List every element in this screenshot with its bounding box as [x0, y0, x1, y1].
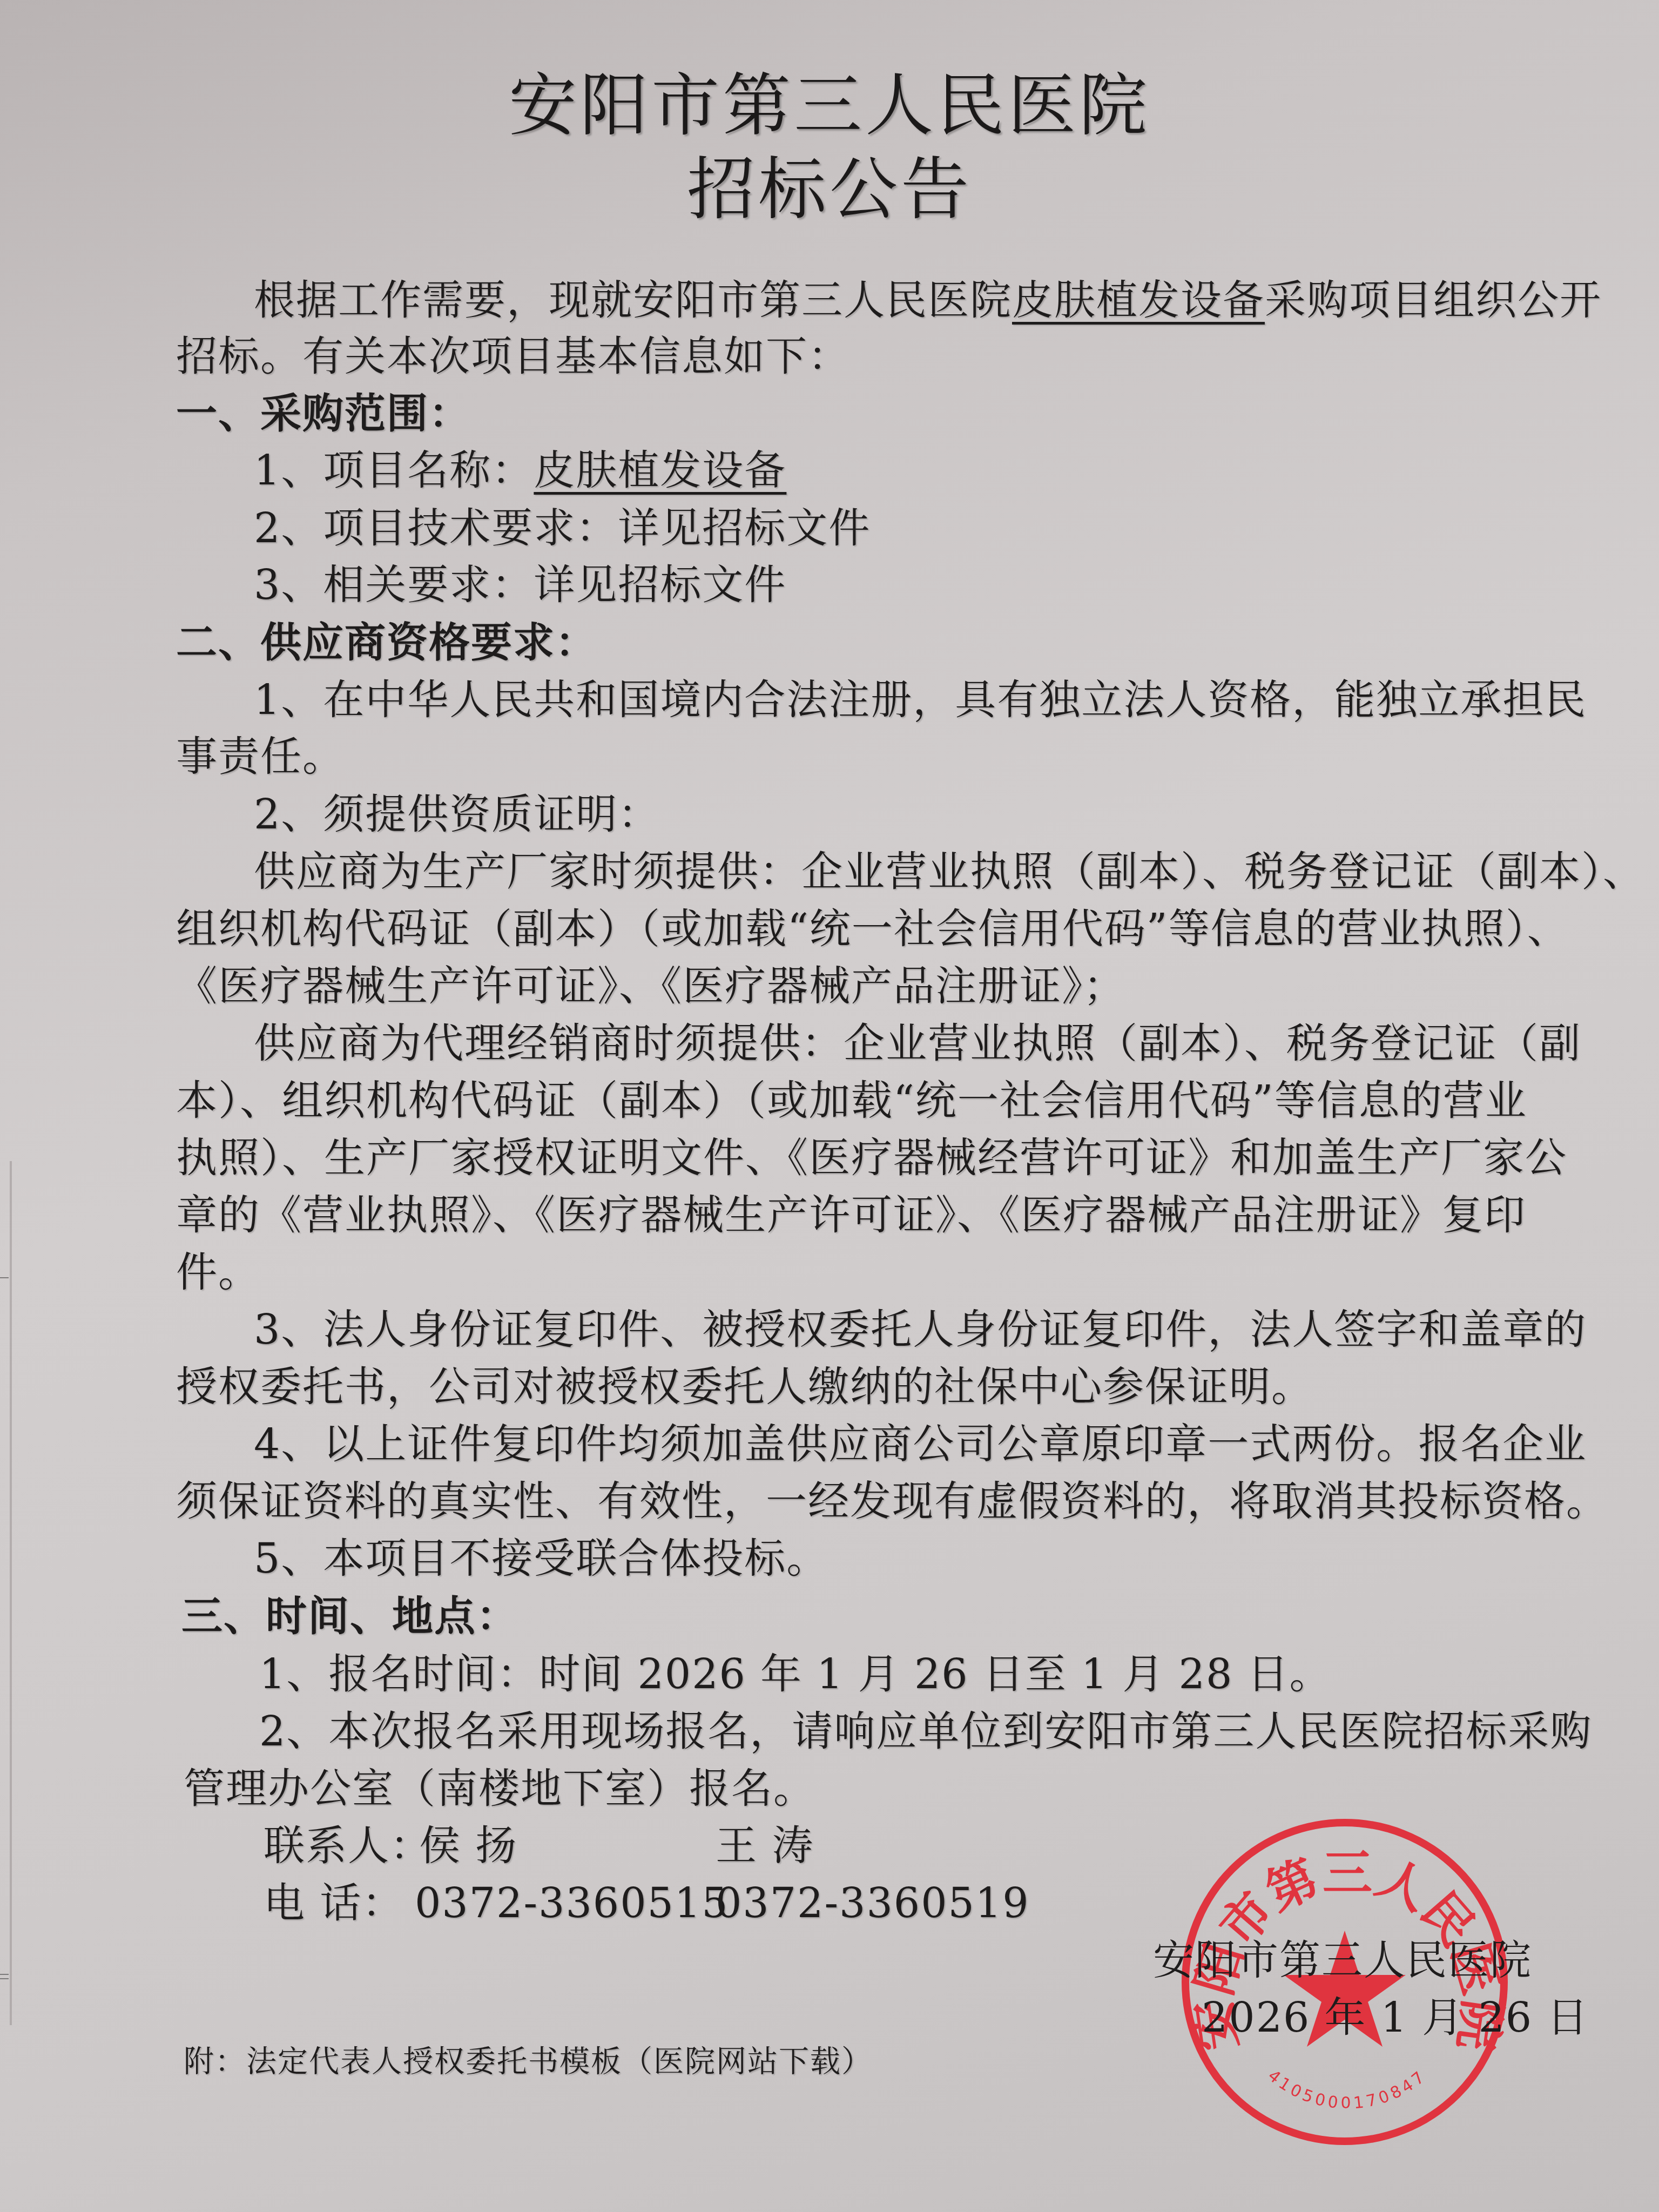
distributor-req-line3: 执照）、生产厂家授权证明文件、《医疗器械经营许可证》和加盖生产厂家公 [176, 1137, 1567, 1178]
svg-text:4105000170847: 4105000170847 [1264, 2066, 1431, 2113]
manufacturer-req-line2: 组织机构代码证（副本）（或加载“统一社会信用代码”等信息的营业执照）、 [176, 908, 1569, 949]
project-name-underlined: 皮肤植发设备 [1012, 276, 1265, 324]
document-title-line1: 安阳市第三人民医院 [0, 51, 1659, 149]
section2-req1-line1: 1、在中华人民共和国境内合法注册，具有独立法人资格，能独立承担民 [254, 679, 1587, 720]
section2-heading: 二、供应商资格要求： [176, 622, 597, 663]
signature-organization: 安阳市第三人民医院 [1153, 1940, 1532, 1981]
section2-req3-line2: 授权委托书，公司对被授权委托人缴纳的社保中心参保证明。 [176, 1366, 1313, 1407]
document-title-line2: 招标公告 [0, 135, 1659, 233]
intro-paragraph-line1: 根据工作需要，现就安阳市第三人民医院皮肤植发设备采购项目组织公开 [254, 280, 1602, 321]
manufacturer-req-line1: 供应商为生产厂家时须提供：企业营业执照（副本）、税务登记证（副本）、 [254, 851, 1645, 892]
contact1-phone: 0372-3360515 [415, 1883, 729, 1924]
contact-label: 联系人： [264, 1825, 432, 1866]
phone-label: 电 话： [264, 1883, 404, 1924]
section2-req1-line2: 事责任。 [176, 736, 345, 777]
section3-heading: 三、时间、地点： [181, 1596, 518, 1637]
distributor-req-line4: 章的《营业执照》、《医疗器械生产许可证》、《医疗器械产品注册证》复印 [176, 1195, 1526, 1236]
distributor-req-line5: 件。 [176, 1252, 260, 1293]
signature-date: 2026 年 1 月 26 日 [1202, 1997, 1589, 2038]
section1-item1: 1、项目名称：皮肤植发设备 [254, 450, 786, 491]
project-name-value: 皮肤植发设备 [534, 446, 786, 494]
intro-text: 根据工作需要，现就安阳市第三人民医院 [254, 276, 1012, 324]
distributor-req-line1: 供应商为代理经销商时须提供：企业营业执照（副本）、税务登记证（副 [254, 1023, 1581, 1064]
section2-req4-line2: 须保证资料的真实性、有效性，一经发现有虚假资料的，将取消其投标资格。 [176, 1481, 1608, 1522]
section2-req5: 5、本项目不接受联合体投标。 [254, 1538, 828, 1579]
section1-item2: 2、项目技术要求：详见招标文件 [254, 508, 871, 549]
section2-req3-line1: 3、法人身份证复印件、被授权委托人身份证复印件，法人签字和盖章的 [254, 1309, 1587, 1350]
distributor-req-line2: 本）、组织机构代码证（副本）（或加载“统一社会信用代码”等信息的营业 [176, 1080, 1527, 1121]
section3-item2-line2: 管理办公室（南楼地下室）报名。 [184, 1768, 815, 1809]
manufacturer-req-line3: 《医疗器械生产许可证》、《医疗器械产品注册证》； [176, 966, 1125, 1007]
tender-notice-document: 安阳市第三人民医院 招标公告 根据工作需要，现就安阳市第三人民医院皮肤植发设备采… [0, 0, 1659, 2212]
section1-item3: 3、相关要求：详见招标文件 [254, 564, 786, 605]
intro-paragraph-line2: 招标。有关本次项目基本信息如下： [176, 336, 850, 377]
section2-req2-title: 2、须提供资质证明： [254, 794, 660, 835]
item-label: 1、项目名称： [254, 446, 534, 494]
contact2-name: 王 涛 [716, 1825, 814, 1866]
contact2-phone: 0372-3360519 [716, 1883, 1030, 1924]
section3-item1: 1、报名时间：时间 2026 年 1 月 26 日至 1 月 28 日。 [259, 1654, 1331, 1695]
section2-req4-line1: 4、以上证件复印件均须加盖供应商公司公章原印章一式两份。报名企业 [254, 1424, 1587, 1465]
attachment-note: 附：法定代表人授权委托书模板（医院网站下载） [184, 2047, 873, 2077]
section1-heading: 一、采购范围： [176, 393, 471, 434]
section3-item2-line1: 2、本次报名采用现场报名，请响应单位到安阳市第三人民医院招标采购 [259, 1711, 1592, 1752]
intro-text: 采购项目组织公开 [1265, 276, 1602, 324]
contact1-name: 侯 扬 [419, 1825, 517, 1866]
